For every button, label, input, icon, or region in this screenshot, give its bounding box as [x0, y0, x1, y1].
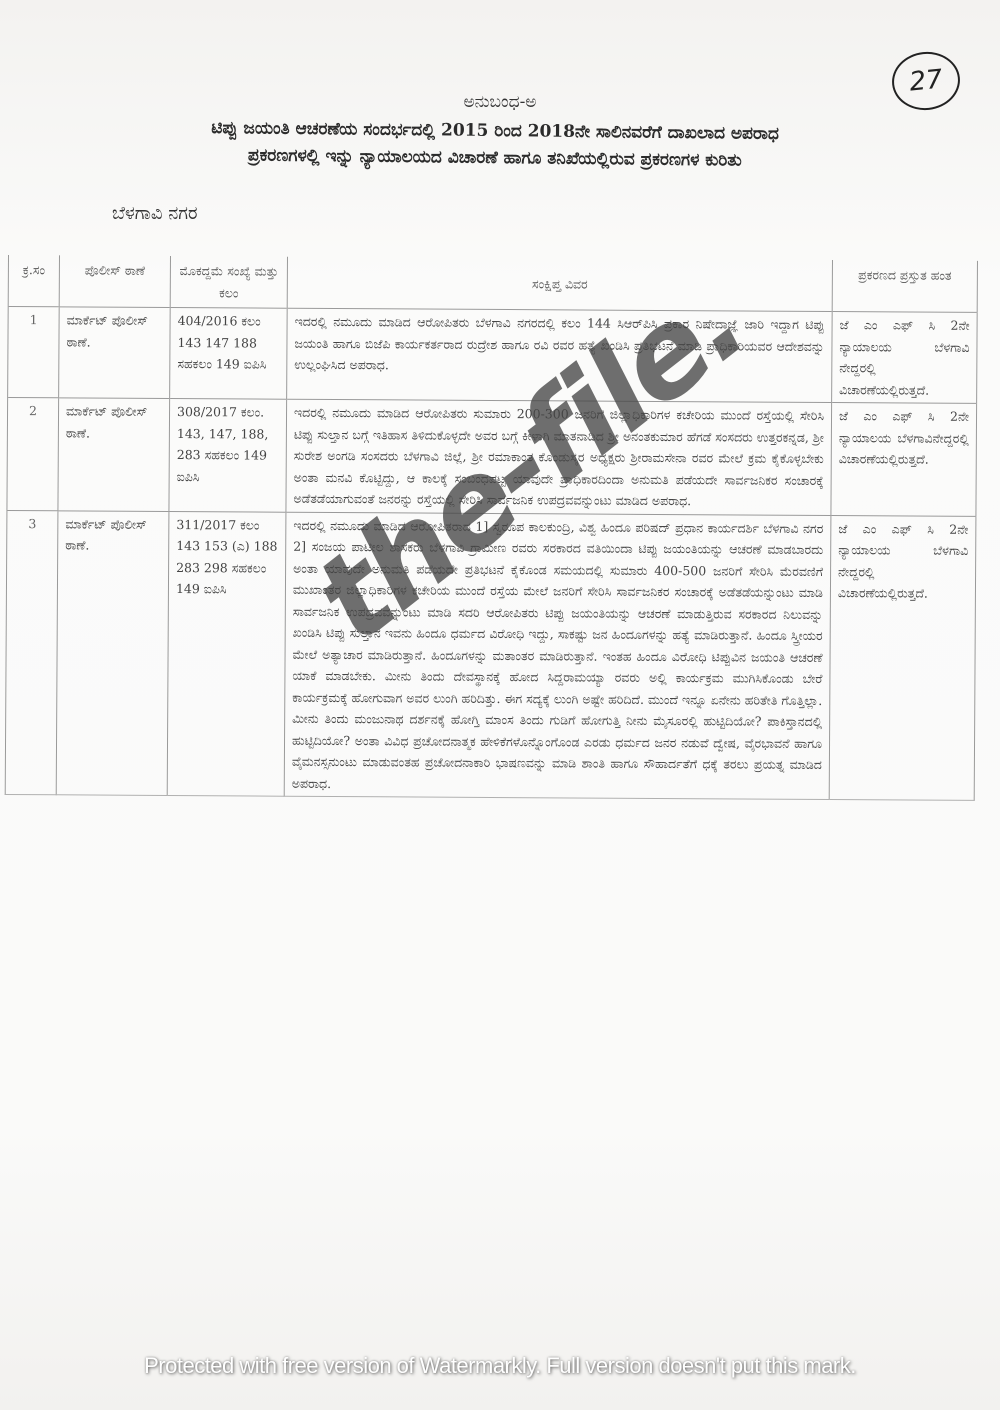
cell-police-station: ಮಾರ್ಕೆಟ್ ಪೊಲೀಸ್ ಠಾಣೆ.	[58, 398, 170, 511]
cell-sl-no: 2	[7, 398, 59, 511]
cell-police-station: ಮಾರ್ಕೆಟ್ ಪೊಲೀಸ್ ಠಾಣೆ.	[56, 510, 169, 795]
footer-watermark-notice: Protected with free version of Watermark…	[0, 1353, 1000, 1379]
cell-stage: ಜೆ ಎಂ ಎಫ್ ಸಿ 2ನೇ ನ್ಯಾಯಾಲಯ ಬೆಳಗಾವಿ ನೇದ್ದರ…	[832, 312, 978, 404]
city-label: ಬೆಳಗಾವಿ ನಗರ	[112, 203, 197, 224]
cell-description: ಇದರಲ್ಲಿ ನಮೂದು ಮಾಡಿದ ಆರೋಪಿತರು ಬೆಳಗಾವಿ ನಗರ…	[287, 308, 833, 402]
header-case-no: ಮೊಕದ್ದಮೆ ಸಂಖ್ಯೆ ಮತ್ತು ಕಲಂ	[170, 256, 287, 308]
cell-police-station: ಮಾರ್ಕೆಟ್ ಪೊಲೀಸ್ ಠಾಣೆ.	[59, 307, 171, 399]
cell-sl-no: 3	[5, 510, 58, 795]
annexure-label: ಅನುಬಂಧ-ಅ	[0, 92, 1000, 112]
cell-stage: ಜೆ ಎಂ ಎಫ್ ಸಿ 2ನೇ ನ್ಯಾಯಾಲಯ ಬೆಳಗಾವಿನೇದ್ದರಲ…	[831, 403, 977, 516]
table-row: 3 ಮಾರ್ಕೆಟ್ ಪೊಲೀಸ್ ಠಾಣೆ. 311/2017 ಕಲಂ 143…	[5, 510, 976, 800]
table-row: 1 ಮಾರ್ಕೆಟ್ ಪೊಲೀಸ್ ಠಾಣೆ. 404/2016 ಕಲಂ 143…	[8, 307, 978, 404]
document-title: ಟಿಪ್ಪು ಜಯಂತಿ ಆಚರಣೆಯ ಸಂದರ್ಭದಲ್ಲಿ 2015 ರಿಂ…	[130, 114, 861, 176]
cell-case-no: 308/2017 ಕಲಂ. 143, 147, 188, 283 ಸಹಕಲಂ 1…	[169, 398, 287, 511]
cases-table: ಕ್ರ.ಸಂ ಪೊಲೀಸ್ ಠಾಣೆ ಮೊಕದ್ದಮೆ ಸಂಖ್ಯೆ ಮತ್ತು…	[5, 255, 978, 801]
table-header-row: ಕ್ರ.ಸಂ ಪೊಲೀಸ್ ಠಾಣೆ ಮೊಕದ್ದಮೆ ಸಂಖ್ಯೆ ಮತ್ತು…	[8, 255, 977, 312]
table-row: 2 ಮಾರ್ಕೆಟ್ ಪೊಲೀಸ್ ಠಾಣೆ. 308/2017 ಕಲಂ. 14…	[7, 398, 977, 516]
cell-case-no: 311/2017 ಕಲಂ 143 153 (ಎ) 188 283 298 ಸಹಕ…	[167, 511, 286, 796]
header-description: ಸಂಕ್ಷಿಪ್ತ ವಿವರ	[287, 257, 832, 312]
cell-description: ಇದರಲ್ಲಿ ನಮೂದು ಮಾಡಿದ ಆರೋಪಿತರಾದ 1] ಸ್ವರೂಪ …	[284, 512, 831, 800]
cell-description: ಇದರಲ್ಲಿ ನಮೂದು ಮಾಡಿದ ಆರೋಪಿತರು ಸುಮಾರು 200-…	[286, 399, 832, 515]
cell-sl-no: 1	[8, 307, 60, 398]
header-sl-no: ಕ್ರ.ಸಂ	[8, 255, 59, 307]
scanned-page: 27 ಅನುಬಂಧ-ಅ ಟಿಪ್ಪು ಜಯಂತಿ ಆಚರಣೆಯ ಸಂದರ್ಭದಲ…	[0, 0, 1000, 1410]
cell-case-no: 404/2016 ಕಲಂ 143 147 188 ಸಹಕಲಂ 149 ಐಪಿಸಿ	[170, 307, 288, 399]
header-stage: ಪ್ರಕರಣದ ಪ್ರಸ್ತುತ ಹಂತ	[832, 260, 977, 312]
cell-stage: ಜೆ ಎಂ ಎಫ್ ಸಿ 2ನೇ ನ್ಯಾಯಾಲಯ ಬೆಳಗಾವಿ ನೇದ್ದರ…	[829, 515, 976, 800]
header-police-station: ಪೊಲೀಸ್ ಠಾಣೆ	[59, 255, 170, 307]
